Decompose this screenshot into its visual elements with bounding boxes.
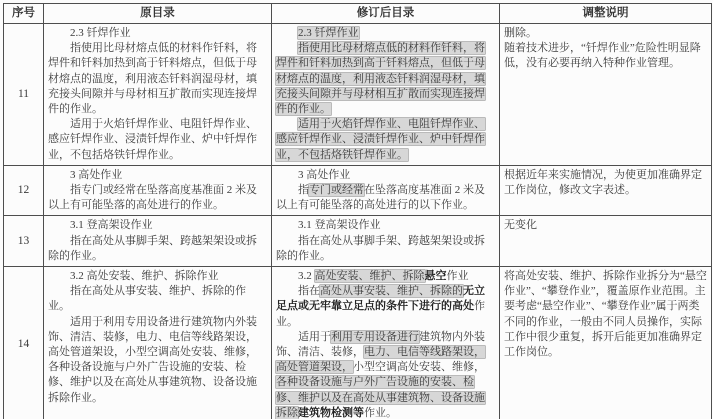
text-run: 将高处安装、维护、拆除作业拆分为“悬空作业”、“攀登作业”，覆盖原作业范围。主要… [504,270,707,358]
added-text-run: 建筑物检测等 [298,407,364,419]
deleted-highlight-run: 高处管道架设， [276,361,353,373]
deleted-highlight-run: 适用于火焰钎焊作业、电阻钎焊作业、感应钎焊作业、浸渍钎焊作业、炉中钎焊作业，不包… [276,118,485,160]
paragraph: 适用于火焰钎焊作业、电阻钎焊作业、感应钎焊作业、浸渍钎焊作业、炉中钎焊作业，不包… [48,117,267,163]
paragraph: 适用于利用专用设备进行建筑物内外装饰、清洁、装修，电力、电信等线路架设，高处管道… [48,315,267,406]
text-run: 3.1 登高架设作业 [70,219,153,231]
table-row: 143.2 高处安装、维护、拆除作业指在高处从事安装、维护、拆除的作业。适用于利… [4,267,712,419]
adjustment-note-cell: 根据近年来实施情况，为使更加准确界定工作岗位，修改文字表述。 [500,165,712,216]
text-run: 3.1 登高架设作业 [298,219,381,231]
paragraph: 2.3 钎焊作业 [276,26,495,41]
text-run: 作业 [447,270,469,282]
text-run: 根据近年来实施情况，为使更加准确界定工作岗位，修改文字表述。 [504,169,702,196]
revised-catalog-cell: 3 高处作业指专门或经常在坠落高度基准面 2 米及以上有可能坠落的高处进行的以下… [272,165,500,216]
paragraph: 无变化 [504,218,707,233]
row-number-cell: 13 [4,216,44,267]
revised-catalog-cell: 3.1 登高架设作业指在高处从事脚手架、跨越架架设或拆除的作业。 [272,216,500,267]
text-run: 3 高处作业 [70,169,122,181]
table-body: 112.3 钎焊作业指使用比母材熔点低的材料作钎料，将焊件和钎料加热到高于钎料熔… [4,24,712,419]
paragraph: 指在高处从事脚手架、跨越架架设或拆除的作业。 [276,234,495,264]
text-run: 无变化 [504,219,537,231]
adjustment-note-cell: 将高处安装、维护、拆除作业拆分为“悬空作业”、“攀登作业”，覆盖原作业范围。主要… [500,267,712,419]
catalog-revision-table: 序号 原目录 修订后目录 调整说明 112.3 钎焊作业指使用比母材熔点低的材料… [3,3,712,419]
text-run: 适用于 [298,331,331,343]
text-run: 3.2 [298,270,315,282]
text-run: 作业。 [364,407,397,419]
text-run: 删除。 [504,27,537,39]
paragraph: 3.2 高处安装、维护、拆除悬空作业 [276,269,495,284]
original-catalog-cell: 2.3 钎焊作业指使用比母材熔点低的材料作钎料，将焊件和钎料加热到高于钎料熔点，… [44,24,272,166]
header-revised-catalog: 修订后目录 [272,4,500,24]
deleted-highlight-run: 高处从事安装、维护、拆除的 [320,285,463,297]
paragraph: 3.1 登高架设作业 [48,218,267,233]
text-run: 指在高处从事脚手架、跨越架架设或拆除的作业。 [48,235,257,262]
text-run: 指在高处从事脚手架、跨越架架设或拆除的作业。 [276,235,485,262]
paragraph: 删除。 [504,26,707,41]
document-page: 序号 原目录 修订后目录 调整说明 112.3 钎焊作业指使用比母材熔点低的材料… [0,0,713,419]
text-run: 指专门或经常在坠落高度基准面 2 米及以上有可能坠落的高处进行的作业。 [48,184,257,211]
paragraph: 指在高处从事安装、维护、拆除的无立足点或无牢靠立足点的条件下进行的高处作业。 [276,284,495,330]
text-run: 随着技术进步，“钎焊作业”危险性明显降低，没有必要再纳入特种作业管理。 [504,42,701,69]
paragraph: 随着技术进步，“钎焊作业”危险性明显降低，没有必要再纳入特种作业管理。 [504,41,707,71]
paragraph: 指在高处从事脚手架、跨越架架设或拆除的作业。 [48,234,267,264]
revised-catalog-cell: 3.2 高处安装、维护、拆除悬空作业指在高处从事安装、维护、拆除的无立足点或无牢… [272,267,500,419]
text-run: 3.2 高处安装、维护、拆除作业 [70,270,219,282]
paragraph: 指专门或经常在坠落高度基准面 2 米及以上有可能坠落的高处进行的作业。 [48,183,267,213]
text-run: 2.3 钎焊作业 [70,27,131,39]
deleted-highlight-run: 利用专用设备进行 [331,331,419,343]
paragraph: 适用于火焰钎焊作业、电阻钎焊作业、感应钎焊作业、浸渍钎焊作业、炉中钎焊作业，不包… [276,117,495,163]
paragraph: 将高处安装、维护、拆除作业拆分为“悬空作业”、“攀登作业”，覆盖原作业范围。主要… [504,269,707,360]
revised-catalog-cell: 2.3 钎焊作业指使用比母材熔点低的材料作钎料，将焊件和钎料加热到高于钎料熔点，… [272,24,500,166]
deleted-highlight-run: 高处安装、维护、拆除 [315,270,425,282]
header-original-catalog: 原目录 [44,4,272,24]
original-catalog-cell: 3.1 登高架设作业指在高处从事脚手架、跨越架架设或拆除的作业。 [44,216,272,267]
paragraph: 3.2 高处安装、维护、拆除作业 [48,269,267,284]
row-number-cell: 11 [4,24,44,166]
header-serial-number: 序号 [4,4,44,24]
row-number-cell: 14 [4,267,44,419]
paragraph: 指专门或经常在坠落高度基准面 2 米及以上有可能坠落的高处进行的以下作业。 [276,183,495,213]
text-run: 指在 [298,285,320,297]
added-text-run: 悬空 [425,270,447,282]
text-run: 指在高处从事安装、维护、拆除的作业。 [48,285,246,312]
deleted-highlight-run: 指使用比母材熔点低的材料作钎料，将焊件和钎料加热到高于钎料熔点，但低于母材熔点的… [276,42,485,115]
paragraph: 3 高处作业 [48,168,267,183]
deleted-highlight-run: 专门或经常 [309,184,364,196]
table-row: 112.3 钎焊作业指使用比母材熔点低的材料作钎料，将焊件和钎料加热到高于钎料熔… [4,24,712,166]
text-run: 适用于利用专用设备进行建筑物内外装饰、清洁、装修，电力、电信等线路架设，高处管道… [48,316,257,404]
adjustment-note-cell: 无变化 [500,216,712,267]
original-catalog-cell: 3 高处作业指专门或经常在坠落高度基准面 2 米及以上有可能坠落的高处进行的作业… [44,165,272,216]
paragraph: 3.1 登高架设作业 [276,218,495,233]
deleted-highlight-run: 电力、电信等线路架设， [364,346,485,358]
text-run: 适用于火焰钎焊作业、电阻钎焊作业、感应钎焊作业、浸渍钎焊作业、炉中钎焊作业，不包… [48,118,257,160]
paragraph: 指使用比母材熔点低的材料作钎料，将焊件和钎料加热到高于钎料熔点，但低于母材熔点的… [48,41,267,117]
table-header-row: 序号 原目录 修订后目录 调整说明 [4,4,712,24]
paragraph: 根据近年来实施情况，为使更加准确界定工作岗位，修改文字表述。 [504,168,707,198]
paragraph: 2.3 钎焊作业 [48,26,267,41]
paragraph: 适用于利用专用设备进行建筑物内外装饰、清洁、装修，电力、电信等线路架设，高处管道… [276,330,495,419]
original-catalog-cell: 3.2 高处安装、维护、拆除作业指在高处从事安装、维护、拆除的作业。适用于利用专… [44,267,272,419]
paragraph: 指在高处从事安装、维护、拆除的作业。 [48,284,267,314]
paragraph: 指使用比母材熔点低的材料作钎料，将焊件和钎料加热到高于钎料熔点，但低于母材熔点的… [276,41,495,117]
text-run: 小型空调高处安装、维修， [353,361,485,373]
deleted-highlight-run: 2.3 钎焊作业 [298,27,359,39]
header-adjustment-note: 调整说明 [500,4,712,24]
row-number-cell: 12 [4,165,44,216]
adjustment-note-cell: 删除。随着技术进步，“钎焊作业”危险性明显降低，没有必要再纳入特种作业管理。 [500,24,712,166]
paragraph: 3 高处作业 [276,168,495,183]
text-run: 指使用比母材熔点低的材料作钎料，将焊件和钎料加热到高于钎料熔点，但低于母材熔点的… [48,42,257,115]
table-row: 133.1 登高架设作业指在高处从事脚手架、跨越架架设或拆除的作业。3.1 登高… [4,216,712,267]
text-run: 指 [298,184,309,196]
table-row: 123 高处作业指专门或经常在坠落高度基准面 2 米及以上有可能坠落的高处进行的… [4,165,712,216]
text-run: 3 高处作业 [298,169,350,181]
